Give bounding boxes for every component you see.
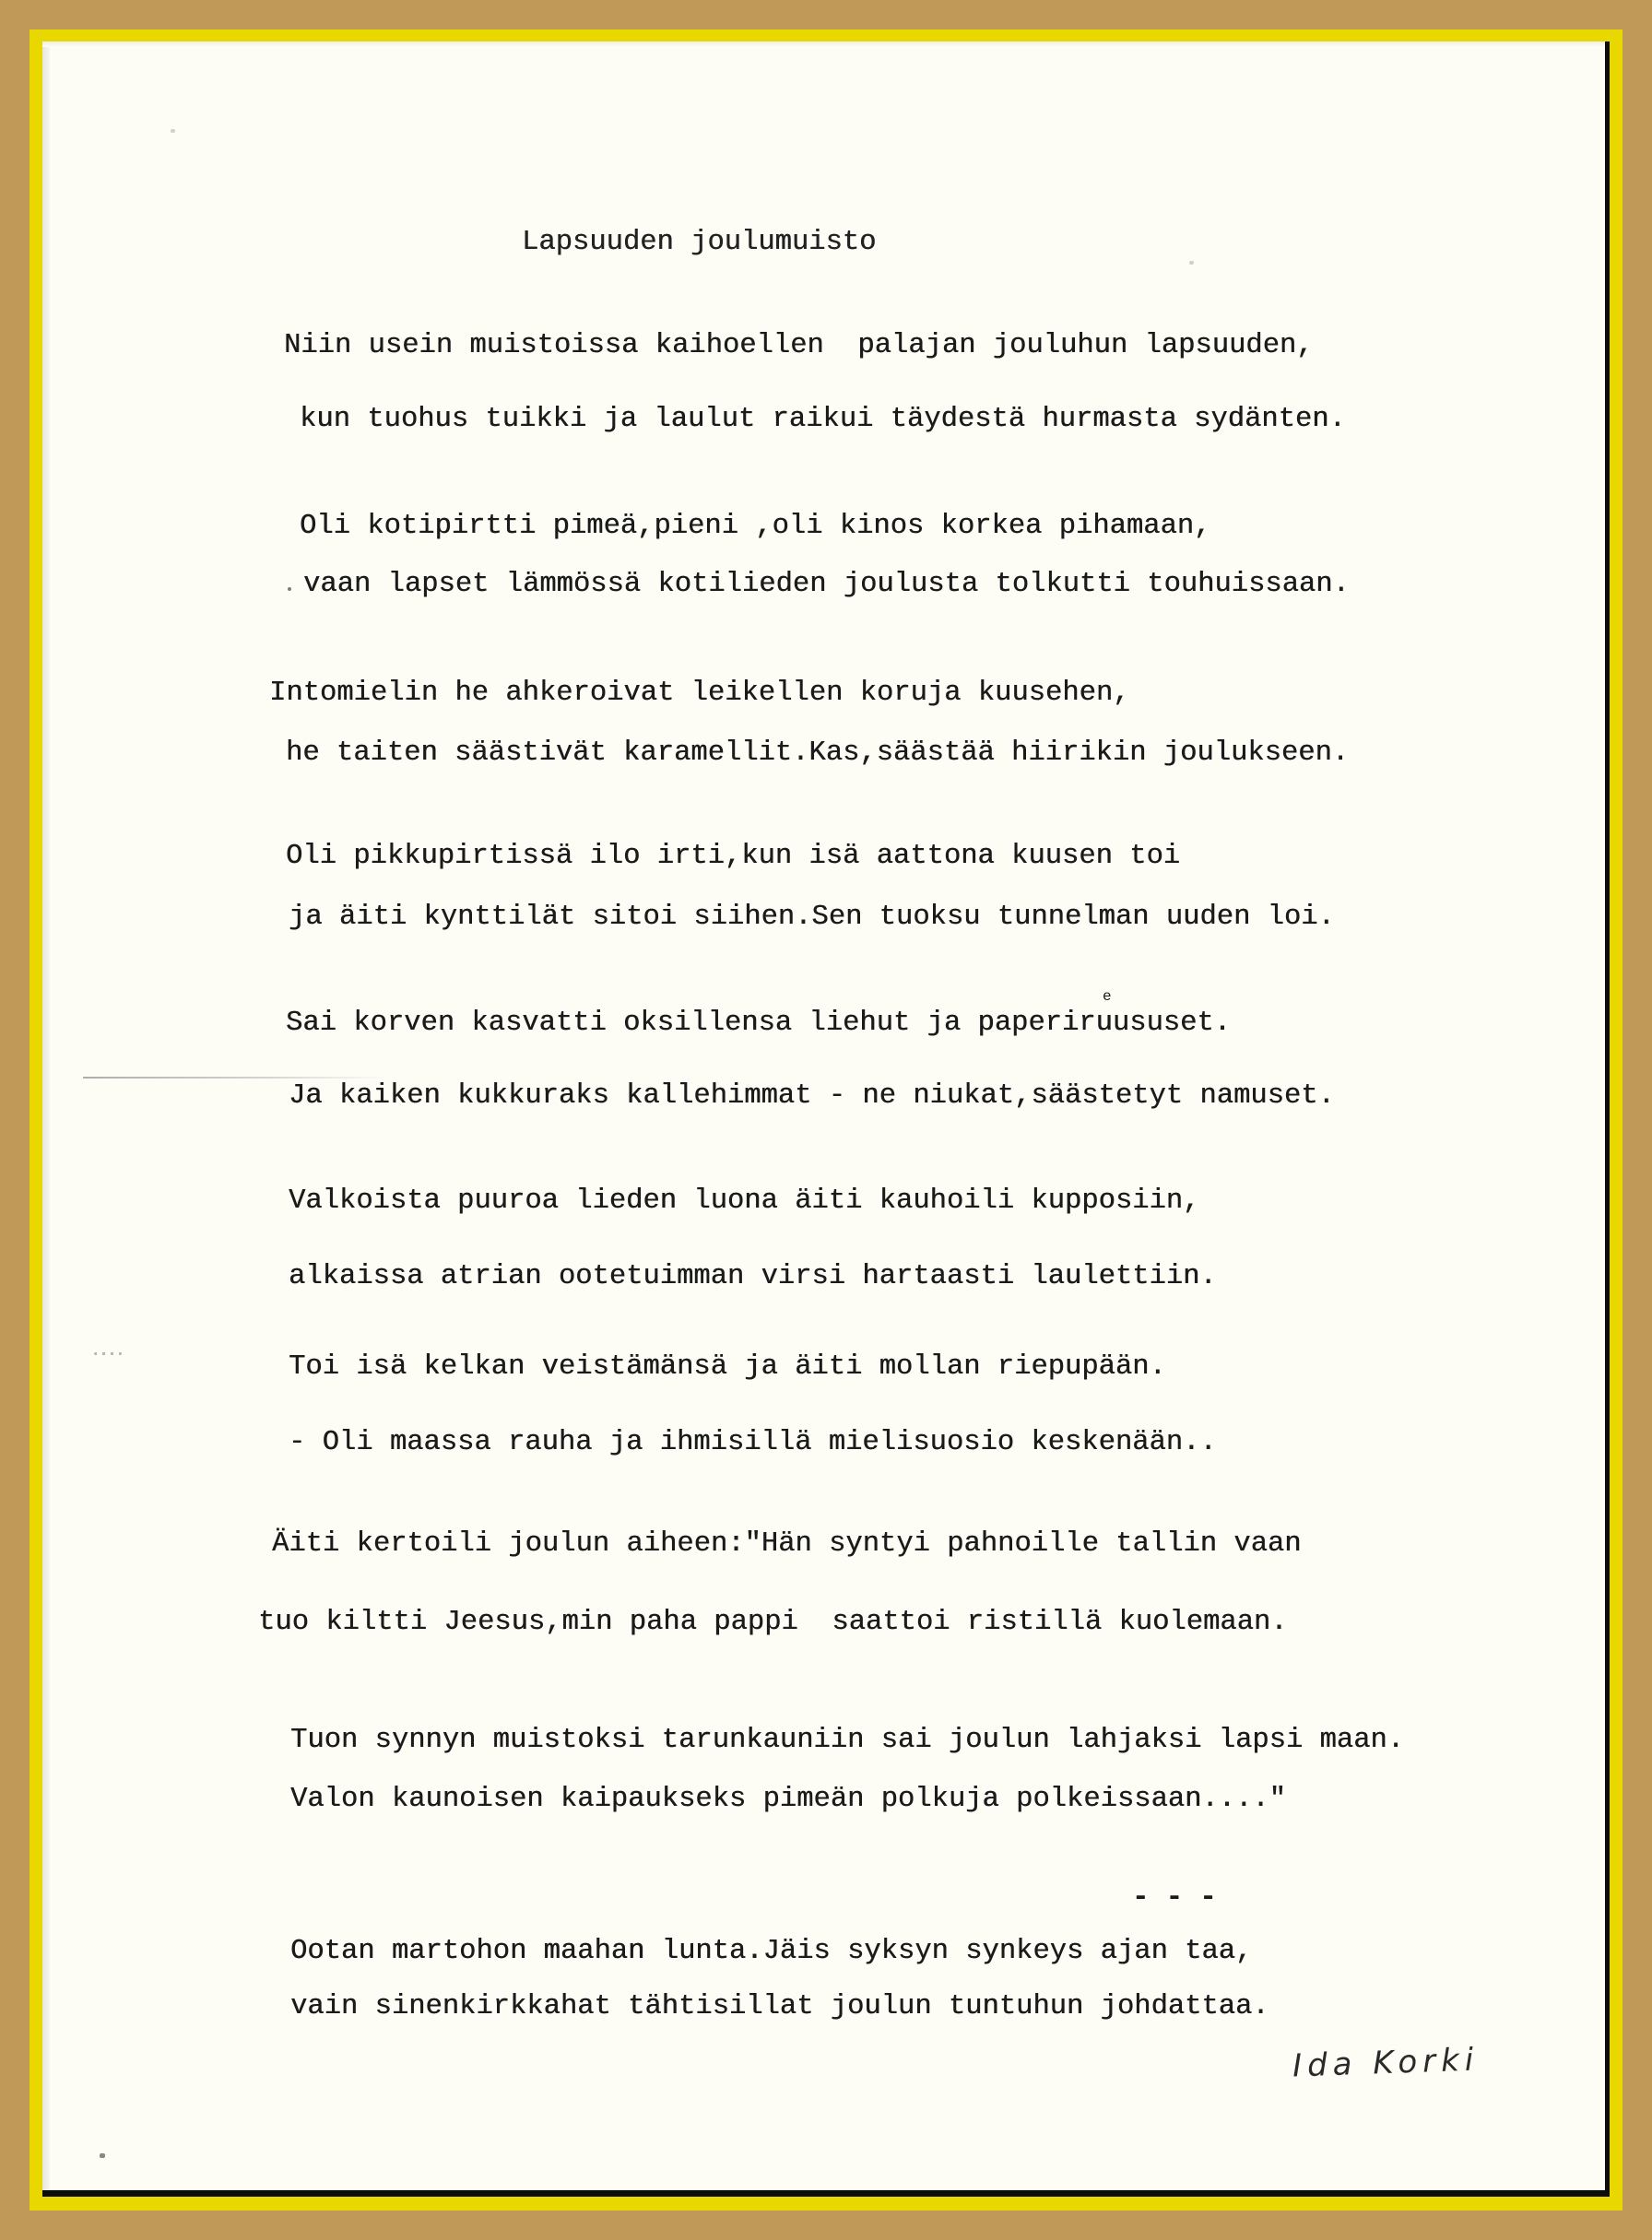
scan-speck — [100, 2153, 105, 2158]
poem-line: vaan lapset lämmössä kotilieden joulusta… — [303, 571, 1350, 599]
poem-line: vain sinenkirkkahat tähtisillat joulun t… — [290, 1993, 1269, 2022]
paper-edge — [42, 41, 50, 2190]
poem-line: Valkoista puuroa lieden luona äiti kauho… — [289, 1187, 1199, 1216]
paper-edge — [42, 41, 1605, 47]
poem-line: Äiti kertoili joulun aiheen:"Hän syntyi … — [272, 1530, 1301, 1559]
poem-line: ja äiti kynttilät sitoi siihen.Sen tuoks… — [289, 903, 1335, 932]
poem-line: Tuon synnyn muistoksi tarunkauniin sai j… — [290, 1727, 1404, 1755]
poem-line: Ootan martohon maahan lunta.Jäis syksyn … — [290, 1938, 1252, 1966]
handwritten-signature: Ida Korki — [1292, 2041, 1480, 2084]
scan-line — [83, 1077, 387, 1079]
poem-line: Toi isä kelkan veistämänsä ja äiti molla… — [289, 1353, 1166, 1382]
poem-line: he taiten säästivät karamellit.Kas,sääst… — [286, 739, 1349, 768]
poem-line: kun tuohus tuikki ja laulut raikui täyde… — [300, 406, 1346, 434]
poem-line: - Oli maassa rauha ja ihmisillä mielisuo… — [289, 1429, 1217, 1457]
section-separator: - - - — [1132, 1884, 1217, 1913]
poem-line: Oli kotipirtti pimeä,pieni ,oli kinos ko… — [300, 513, 1210, 541]
paper-sheet — [42, 41, 1605, 2190]
document-title: Lapsuuden joulumuisto — [522, 229, 876, 257]
typo-correction-mark: e — [1103, 988, 1112, 1005]
poem-line: Intomielin he ahkeroivat leikellen koruj… — [269, 679, 1129, 708]
scan-speck — [1189, 261, 1194, 265]
scan-speck — [171, 129, 175, 133]
poem-line: tuo kiltti Jeesus,min paha pappi saattoi… — [258, 1609, 1287, 1637]
poem-line: Sai korven kasvatti oksillensa liehut ja… — [286, 1009, 1231, 1038]
poem-line: Oli pikkupirtissä ilo irti,kun isä aatto… — [286, 843, 1180, 871]
scan-speck — [288, 587, 291, 591]
poem-line: alkaissa atrian ootetuimman virsi hartaa… — [289, 1263, 1217, 1291]
poem-line: Valon kaunoisen kaipaukseks pimeän polku… — [290, 1786, 1286, 1814]
poem-line: Ja kaiken kukkuraks kallehimmat - ne niu… — [289, 1082, 1335, 1111]
poem-line: Niin usein muistoissa kaihoellen palajan… — [284, 332, 1313, 360]
scan-speck — [94, 1352, 122, 1355]
